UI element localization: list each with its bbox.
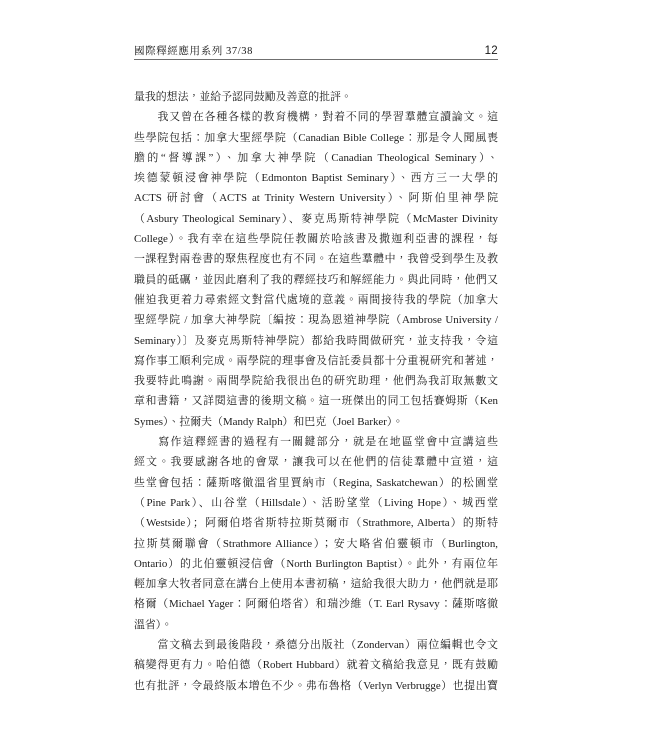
book-page: 國際釋經應用系列 37/38 12 量我的想法，並給予認同鼓勵及善意的批評。 我… (0, 0, 650, 750)
text-line: ACTS 研討會（ACTS at Trinity Western Univers… (134, 188, 498, 208)
text-line: 我又曾在各種各樣的教育機構，對着不同的學習羣體宣讀論文。這 (134, 107, 498, 127)
text-line: 一課程對兩卷書的聚焦程度也有不同。在這些羣體中，我曾受到學生及教 (134, 249, 498, 269)
text-line: 我要特此鳴謝。兩間學院給我很出色的研究助理，他們為我訂取無數文 (134, 371, 498, 391)
text-line: 章和書籍，又詳閱這書的後期文稿。這一班傑出的同工包括賽姆斯（Ken (134, 391, 498, 411)
series-title: 國際釋經應用系列 37/38 (134, 43, 253, 58)
page-number: 12 (485, 45, 498, 57)
text-line: 稿變得更有力。哈伯德（Robert Hubbard）就着文稿給我意見，既有鼓勵 (134, 655, 498, 675)
text-line: Ontario）的北伯靈頓浸信會（North Burlington Baptis… (134, 554, 498, 574)
text-line: （Pine Park）、山谷堂（Hillsdale）、活盼望堂（Living H… (134, 493, 498, 513)
text-line: 些學院包括：加拿大聖經學院（Canadian Bible College：那是令… (134, 128, 498, 148)
text-line: 膽的“督導課”）、加拿大神學院（Canadian Theological Sem… (134, 148, 498, 168)
text-line: 輕加拿大牧者同意在講台上使用本書初稿，這給我很大助力，他們就是耶 (134, 574, 498, 594)
text-line: 也有批評，令最終版本增色不少。弗布魯格（Verlyn Verbrugge）也提出… (134, 676, 498, 696)
text-line: 聖經學院 / 加拿大神學院〔編按：現為恩道神學院（Ambrose Univers… (134, 310, 498, 330)
text-line: 量我的想法，並給予認同鼓勵及善意的批評。 (134, 87, 498, 107)
page-header: 國際釋經應用系列 37/38 12 (134, 43, 498, 58)
page-body: 量我的想法，並給予認同鼓勵及善意的批評。 我又曾在各種各樣的教育機構，對着不同的… (134, 87, 498, 696)
text-line: 職員的砥礪，並因此磨利了我的釋經技巧和解經能力。與此同時，他們又 (134, 270, 498, 290)
text-line: 當文稿去到最後階段，桑德分出版社（Zondervan）兩位編輯也令文 (134, 635, 498, 655)
text-line: 溫省）。 (134, 615, 498, 635)
text-line: （Asbury Theological Seminary）、麥克馬斯特神學院（M… (134, 209, 498, 229)
text-line: Symes）、拉爾夫（Mandy Ralph）和巴克（Joel Barker）。 (134, 412, 498, 432)
text-line: College）。我有幸在這些學院任教關於哈該書及撒迦利亞書的課程，每 (134, 229, 498, 249)
text-line: 埃德蒙頓浸會神學院（Edmonton Baptist Seminary）、西方三… (134, 168, 498, 188)
text-line: 寫作這釋經書的過程有一關鍵部分，就是在地區堂會中宣講這些 (134, 432, 498, 452)
text-line: 寫作事工順利完成。兩學院的理事會及信託委員都十分重視研究和著述， (134, 351, 498, 371)
text-line: 些堂會包括：薩斯喀徹溫省里賈納市（Regina, Saskatchewan）的松… (134, 473, 498, 493)
text-line: 格爾（Michael Yager：阿爾伯塔省）和瑞沙維（T. Earl Rysa… (134, 594, 498, 614)
text-line: （Westside）；阿爾伯塔省斯特拉斯莫爾市（Strathmore, Albe… (134, 513, 498, 533)
text-line: 拉斯莫爾聯會（Strathmore Alliance）；安大略省伯靈頓市（Bur… (134, 534, 498, 554)
text-line: 催迫我更着力尋索經文對當代處境的意義。兩間接待我的學院（加拿大 (134, 290, 498, 310)
header-rule (134, 59, 498, 60)
text-line: 經文。我要感謝各地的會眾，讓我可以在他們的信徒羣體中宣道，這 (134, 452, 498, 472)
text-line: Seminary）〕及麥克馬斯特神學院）都給我時間做研究，並支持我，令這 (134, 331, 498, 351)
